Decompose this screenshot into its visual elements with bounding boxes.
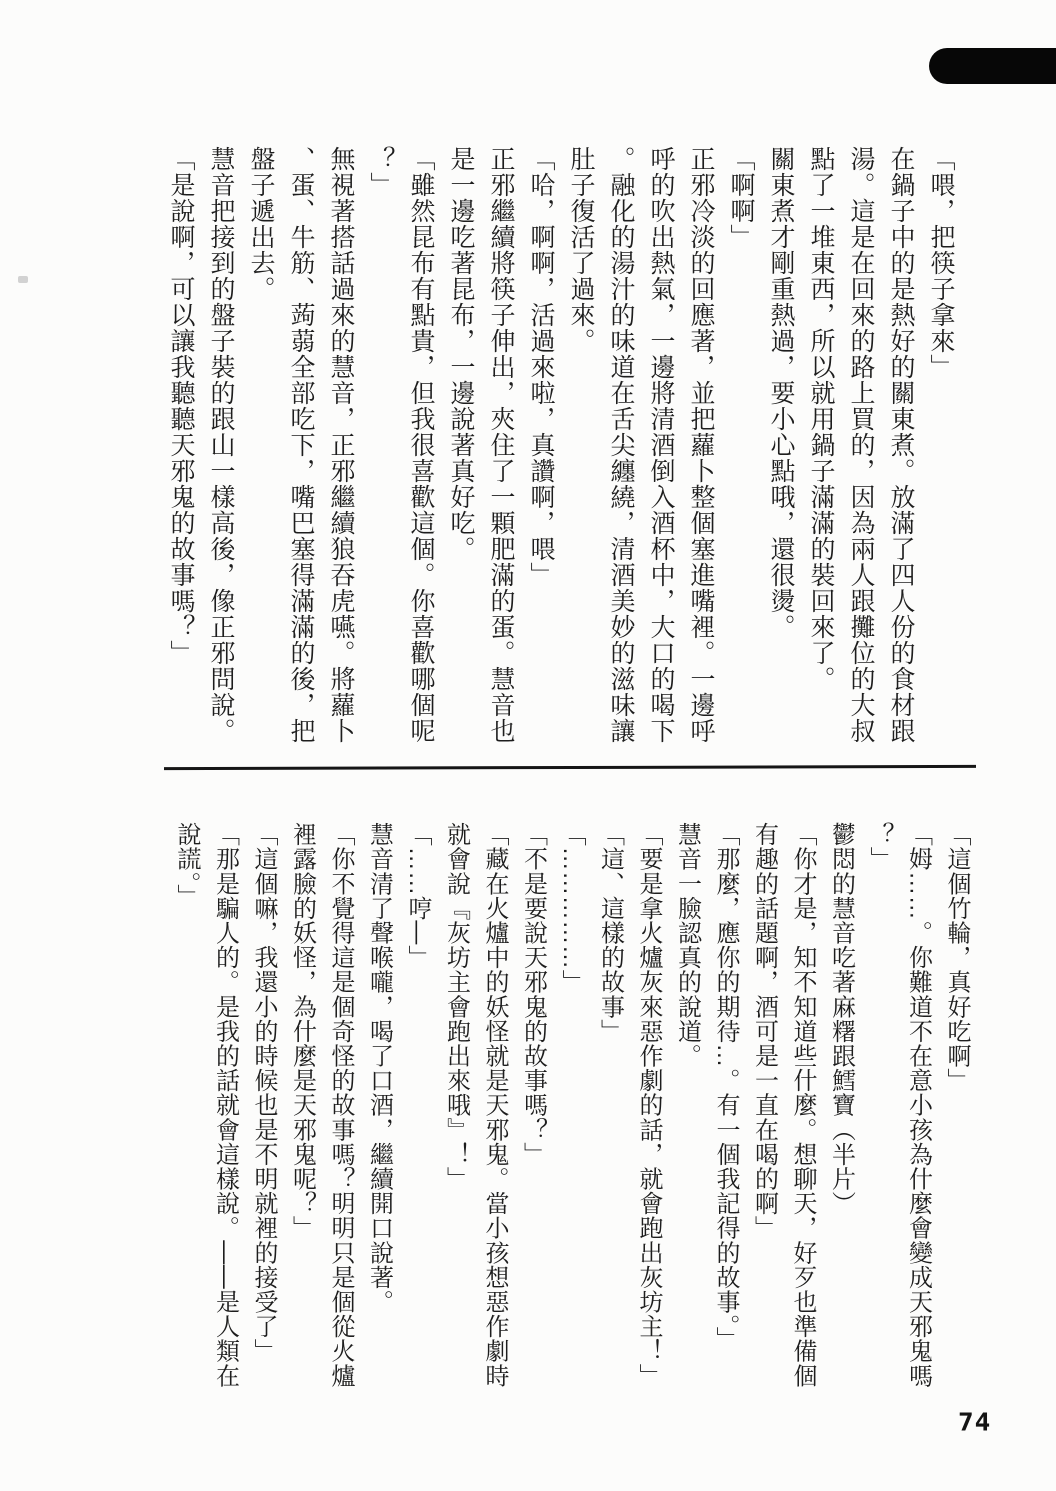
book-page: 「喂，把筷子拿來」在鍋子中的是熱好的關東煮。放滿了四人份的食材跟湯。這是在回來的… <box>0 0 1056 1491</box>
text-line: 鬱悶的慧音吃著麻糬跟鱈寶（半片） <box>821 822 860 1397</box>
text-line: 慧音一臉認真的說道。 <box>667 822 706 1397</box>
text-line: 就會說『灰坊主會跑出來哦』！」 <box>436 822 475 1397</box>
text-line: 「姆……。你難道不在意小孩為什麼會變成天邪鬼嗎 <box>898 822 937 1397</box>
text-line: 「是說啊，可以讓我聽聽天邪鬼的故事嗎？」 <box>161 146 201 751</box>
text-line: 說謊。」 <box>167 822 206 1397</box>
text-line: 慧音清了聲喉嚨，喝了口酒，繼續開口說著。 <box>359 822 398 1397</box>
upper-text-block: 「喂，把筷子拿來」在鍋子中的是熱好的關東煮。放滿了四人份的食材跟湯。這是在回來的… <box>161 146 961 751</box>
text-line: 「哈，啊啊，活過來啦，真讚啊，喂」 <box>521 146 561 751</box>
scan-artifact <box>18 276 28 283</box>
corner-tab-bar <box>929 48 1056 84</box>
text-line: 點了一堆東西，所以就用鍋子滿滿的裝回來了。 <box>801 146 841 751</box>
text-line: 有趣的話題啊，酒可是一直在喝的啊」 <box>744 822 783 1397</box>
text-line: 「要是拿火爐灰來惡作劇的話，就會跑出灰坊主！」 <box>629 822 668 1397</box>
text-line: 「啊啊」 <box>721 146 761 751</box>
text-line: 肚子復活了過來。 <box>561 146 601 751</box>
text-line: 「……………」 <box>552 822 591 1397</box>
text-line: 「……哼—」 <box>398 822 437 1397</box>
text-line: 「你才是，知不知道些什麼。想聊天，好歹也準備個 <box>783 822 822 1397</box>
text-line: 「這、這樣的故事」 <box>590 822 629 1397</box>
text-line: 「這個竹輪，真好吃啊」 <box>937 822 976 1397</box>
text-line: 「那是騙人的。是我的話就會這樣說。——是人類在 <box>205 822 244 1397</box>
text-line: 「這個嘛，我還小的時候也是不明就裡的接受了」 <box>244 822 283 1397</box>
text-line: 慧音把接到的盤子裝的跟山一樣高後，像正邪問說。 <box>201 146 241 751</box>
text-line: 「不是要說天邪鬼的故事嗎？」 <box>513 822 552 1397</box>
text-line: 盤子遞出去。 <box>241 146 281 751</box>
text-line: 「雖然昆布有點貴，但我很喜歡這個。你喜歡哪個呢 <box>401 146 441 751</box>
text-line: 呼的吹出熱氣，一邊將清酒倒入酒杯中，大口的喝下 <box>641 146 681 751</box>
text-line: 、蛋、牛筋、蒟蒻全部吃下，嘴巴塞得滿滿的後，把 <box>281 146 321 751</box>
text-line: 「喂，把筷子拿來」 <box>921 146 961 751</box>
text-line: ？」 <box>860 822 899 1397</box>
text-line: 湯。這是在回來的路上買的，因為兩人跟攤位的大叔 <box>841 146 881 751</box>
lower-text-block: 「這個竹輪，真好吃啊」「姆……。你難道不在意小孩為什麼會變成天邪鬼嗎？」鬱悶的慧… <box>167 822 976 1397</box>
page-number: 74 <box>958 1409 991 1438</box>
text-line: 「那麼，應你的期待…。有一個我記得的故事。」 <box>706 822 745 1397</box>
text-line: 正邪繼續將筷子伸出，夾住了一顆肥滿的蛋。慧音也 <box>481 146 521 751</box>
text-line: 裡露臉的妖怪，為什麼是天邪鬼呢？」 <box>282 822 321 1397</box>
text-line: 「藏在火爐中的妖怪就是天邪鬼。當小孩想惡作劇時 <box>475 822 514 1397</box>
text-line: 是一邊吃著昆布，一邊說著真好吃。 <box>441 146 481 751</box>
text-line: 。融化的湯汁的味道在舌尖纏繞，清酒美妙的滋味讓 <box>601 146 641 751</box>
text-line: 正邪冷淡的回應著，並把蘿卜整個塞進嘴裡。一邊呼 <box>681 146 721 751</box>
section-divider <box>164 765 976 770</box>
text-line: 無視著搭話過來的慧音，正邪繼續狼吞虎嚥。將蘿卜 <box>321 146 361 751</box>
text-line: 在鍋子中的是熱好的關東煮。放滿了四人份的食材跟 <box>881 146 921 751</box>
text-line: 「你不覺得這是個奇怪的故事嗎？明明只是個從火爐 <box>321 822 360 1397</box>
text-line: 關東煮才剛重熱過，要小心點哦，還很燙。 <box>761 146 801 751</box>
text-line: ？」 <box>361 146 401 751</box>
